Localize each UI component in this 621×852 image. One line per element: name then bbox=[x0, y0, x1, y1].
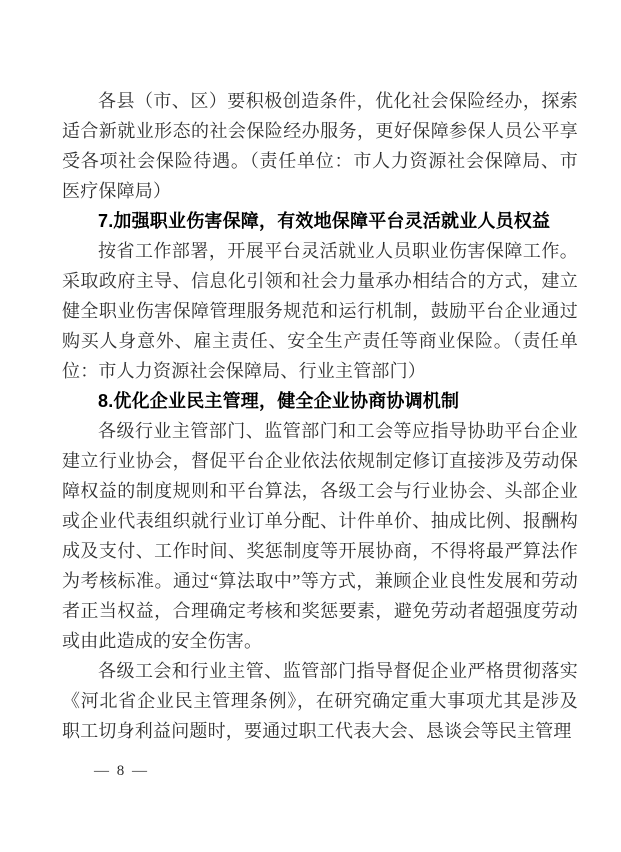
section-heading-7: 7.加强职业伤害保障，有效地保障平台灵活就业人员权益 bbox=[62, 206, 578, 236]
section-heading-8: 8.优化企业民主管理，健全企业协商协调机制 bbox=[62, 386, 578, 416]
page-number: — 8 — bbox=[94, 761, 149, 781]
para-union-democratic-management: 各级工会和行业主管、监管部门指导督促企业严格贯彻落实《河北省企业民主管理条例》，… bbox=[62, 656, 578, 746]
para-occupational-injury-protection: 按省工作部署，开展平台灵活就业人员职业伤害保障工作。采取政府主导、信息化引领和社… bbox=[62, 236, 578, 386]
body-text: 各县（市、区）要积极创造条件，优化社会保险经办，探索适合新就业形态的社会保险经办… bbox=[62, 86, 578, 746]
para-social-insurance-continuation: 各县（市、区）要积极创造条件，优化社会保险经办，探索适合新就业形态的社会保险经办… bbox=[62, 86, 578, 206]
para-industry-association-consultation: 各级行业主管部门、监管部门和工会等应指导协助平台企业建立行业协会，督促平台企业依… bbox=[62, 416, 578, 656]
document-page: 各县（市、区）要积极创造条件，优化社会保险经办，探索适合新就业形态的社会保险经办… bbox=[0, 0, 621, 852]
